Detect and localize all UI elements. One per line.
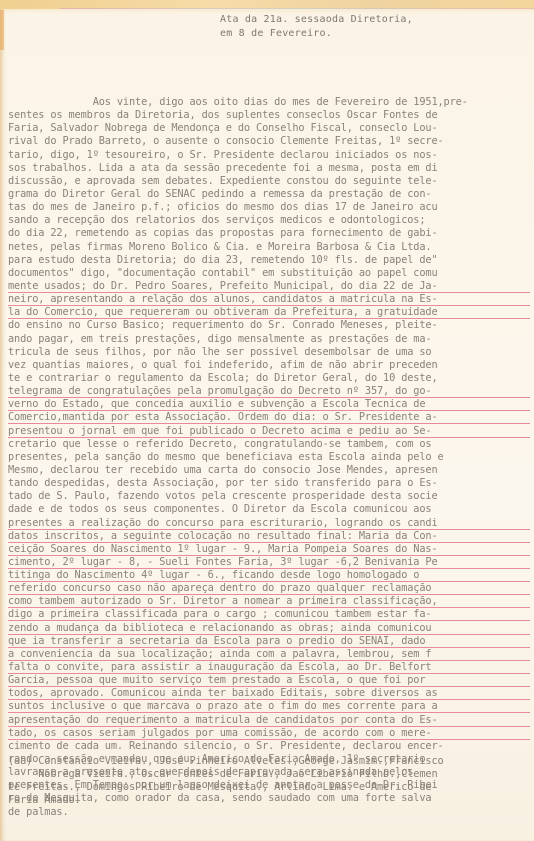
body-line: cimento de cada um. Reinando silencio, o… [8,740,530,753]
body-line: tricula de seus filhos, por não lhe ser … [8,346,530,359]
document-title: Ata da 21a. sessaoda Diretoria, em 8 de … [220,13,413,41]
body-line: de palmas. [8,806,530,819]
signature-line: te Freitas., Domingos Ribeiro de Mesquit… [8,781,532,794]
body-line: presentes, pela sanção do mesmo que bene… [8,451,530,464]
body-line: netes, pelas firmas Moreno Bolico & Cia.… [8,241,530,254]
body-line: documentos" digo, "documentação contabil… [8,267,530,280]
minutes-document: Ata da 21a. sessaoda Diretoria, em 8 de … [0,0,534,841]
body-line-underlined: falta o convite, para assistir a inaugur… [8,661,530,674]
body-line: grama do Diretor Geral do SENAC pedindo … [8,188,530,201]
body-line: Aos vinte, digo aos oito dias do mes de … [8,96,530,109]
body-line-underlined: todos, aprovado. Comunicou ainda ter bai… [8,687,530,700]
body-line-underlined: como tambem autorizado o Sr. Diretor a n… [8,595,530,608]
body-line-underlined: a conveniencia da sua localização; ainda… [8,648,530,661]
body-line-underlined: titinga do Nascimento 4º lugar - 6., fic… [8,569,530,582]
body-line: Mesmo, declarou ter recebido uma carta d… [8,464,530,477]
body-line-underlined: la do Comercio, que requereram ou obtive… [8,306,530,319]
title-line: em 8 de Fevereiro. [220,27,413,41]
body-line-underlined: apresentação do requerimento a matricula… [8,714,530,727]
body-line-underlined: digo a primeira classificada para o carg… [8,608,530,621]
body-line: Faria, Salvador Nobrega de Mendonça e do… [8,122,530,135]
body-line-underlined: tado, os casos seriam julgados por uma c… [8,727,530,740]
body-line-underlined: referido concurso caso não apareça dentr… [8,582,530,595]
body-line: do ensino no Curso Basico; requerimento … [8,319,530,332]
body-line: vez quantias maiores, o qual foi indefer… [8,359,530,372]
body-line: ando pagar, em treis prestações, digo me… [8,333,530,346]
body-line-underlined: datos inscritos, a seguinte colocação no… [8,530,530,543]
body-line: do dia 22, remetendo as copias das propo… [8,227,530,240]
body-line: tas do mes de Janeiro p.f.; oficios do m… [8,201,530,214]
body-line-underlined: Comercio,mantida por esta Associação. Or… [8,411,530,424]
title-line: Ata da 21a. sessaoda Diretoria, [220,13,413,27]
body-line: para estudo desta Diretoria; do dia 23, … [8,254,530,267]
body-line: tario, digo, 1º tesoureiro, o Sr. Presid… [8,149,530,162]
signature-line: (aa) Constancio Vieira., José Pinheiro A… [8,755,532,768]
body-line: sos trabalhos. Lida a ata da sessão prec… [8,162,530,175]
signatures-block: (aa) Constancio Vieira., José Pinheiro A… [8,755,532,808]
body-line-underlined: Garcia, pessoa que muito serviço tem pre… [8,674,530,687]
body-line: dade e de todos os seus componentes. O D… [8,503,530,516]
body-line: sando a recepção dos relatorios dos serv… [8,214,530,227]
body-line: tado de S. Paulo, fazendo votos pela cre… [8,490,530,503]
body-line: tando despedidas, desta Associação, por … [8,477,530,490]
body-line: te e contrariar o regulamento da Escola;… [8,372,530,385]
body-line: rival do Prado Barreto, o ausente o cons… [8,135,530,148]
body-line-underlined: presentes a realização do concurso para … [8,517,530,530]
body-line-underlined: cimento, 2º lugar - 8, - Sueli Fontes Fa… [8,556,530,569]
body-line-underlined: presentou o jornal em que foi publicado … [8,425,530,438]
body-line: discussão, e aprovada sem debates. Exped… [8,175,530,188]
body-line-underlined: neiro, apresentando a relação dos alunos… [8,293,530,306]
body-line-underlined: que ia transferir a secretaria da Escola… [8,635,530,648]
signature-line: Faria Amado. [8,794,532,807]
body-line-underlined: ceição Soares do Nascimento 1º lugar - 9… [8,543,530,556]
body-line-underlined: suntos inclusive o que marcava o prazo a… [8,700,530,713]
body-line-underlined: telegrama de congratulações pela promulg… [8,385,530,398]
body-line-underlined: mente usados; do Dr. Pedro Soares, Prefe… [8,280,530,293]
body-line: sentes os membros da Diretoria, dos supl… [8,109,530,122]
body-line-underlined: zendo a mudança da biblioteca e relacion… [8,622,530,635]
body-line: cretario que lesse o referido Decreto, c… [8,438,530,451]
document-body: Aos vinte, digo aos oito dias do mes de … [8,96,530,819]
signature-line: Nobrega Vieira., Oscar Fontes de Faria.,… [8,768,532,781]
body-line-underlined: verno do Estado, que concedia auxilio e … [8,398,530,411]
